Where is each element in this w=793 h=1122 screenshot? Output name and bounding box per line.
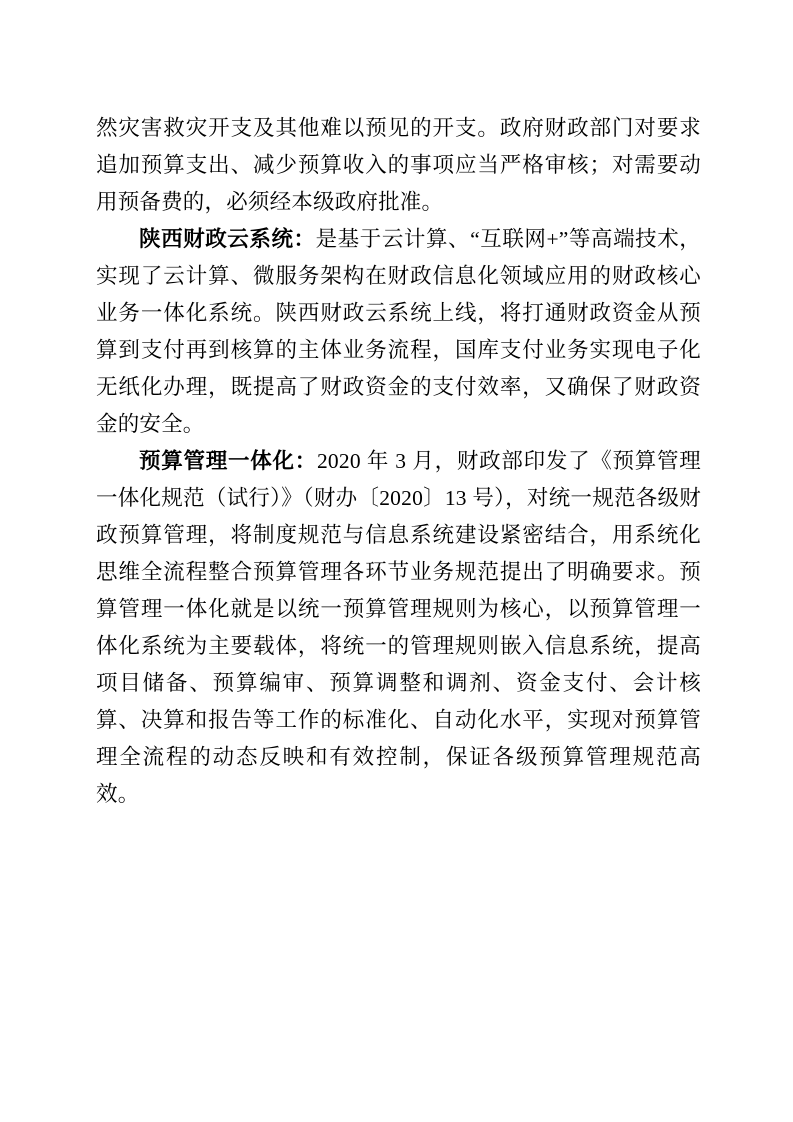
paragraph-budget-management-integration: 预算管理一体化：2020 年 3 月，财政部印发了《预算管理一体化规范（试行）》… [96,443,701,813]
paragraph-reserve-funds: 然灾害救灾开支及其他难以预见的开支。政府财政部门对要求追加预算支出、减少预算收入… [96,110,701,221]
paragraph-body-text: 2020 年 3 月，财政部印发了《预算管理一体化规范（试行）》（财办〔2020… [96,449,701,806]
term-shaanxi-fiscal-cloud-lead: 陕西财政云系统： [139,227,316,251]
paragraph-body-text: 然灾害救灾开支及其他难以预见的开支。政府财政部门对要求追加预算支出、减少预算收入… [96,116,701,214]
paragraph-shaanxi-fiscal-cloud: 陕西财政云系统：是基于云计算、“互联网+”等高端技术，实现了云计算、微服务架构在… [96,221,701,443]
paragraph-body-text: 是基于云计算、“互联网+”等高端技术，实现了云计算、微服务架构在财政信息化领域应… [96,227,701,436]
term-budget-integration-lead: 预算管理一体化： [139,449,317,473]
page-text-content: 然灾害救灾开支及其他难以预见的开支。政府财政部门对要求追加预算支出、减少预算收入… [96,110,701,813]
document-page: 然灾害救灾开支及其他难以预见的开支。政府财政部门对要求追加预算支出、减少预算收入… [0,0,793,1122]
